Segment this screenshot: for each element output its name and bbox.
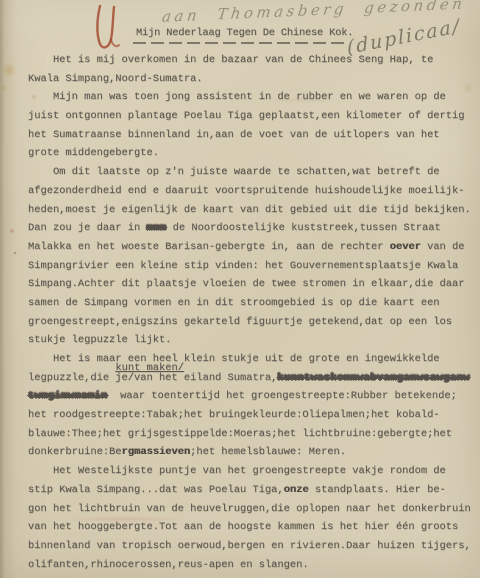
- struck-out-text: twmgimwmamin: [28, 390, 108, 402]
- typed-text-segment: het Sumatraanse binnenland in,aan de voe…: [28, 129, 440, 141]
- typed-text-segment: Malakka en het woeste Barisan-gebergte i…: [28, 241, 390, 253]
- handwritten-duplicate-note: (duplicaa/: [346, 15, 462, 59]
- typed-text-segment: afgezonderdheid end e daaruit voortsprui…: [28, 185, 464, 197]
- typed-text-segment: ;het hemelsblauwe: Meren.: [190, 446, 346, 458]
- typed-text-segment: het roodgestreepte:Tabak;het bruingekleu…: [28, 409, 440, 421]
- typed-line: Simpangrivier een kleine stip vinden: he…: [28, 260, 472, 279]
- typed-text-segment: blauwe:Thee;het grijsgestippelde:Moeras;…: [28, 428, 452, 440]
- typed-line: heden,moest je eigenlijk de kaart van di…: [28, 204, 472, 223]
- typed-line: het Sumatraanse binnenland in,aan de voe…: [28, 129, 472, 148]
- typed-line: donkerbruine:Bergmassieven;het hemelsbla…: [28, 446, 472, 465]
- struck-out-text: mmm: [146, 222, 166, 234]
- overtyped-bold-text: oever: [390, 241, 421, 253]
- typed-line: grote middengebergte.: [28, 147, 472, 166]
- typed-line: Het is maar een heel klein stukje uit de…: [28, 353, 472, 372]
- typed-line: legpuzzle,die je/van het eiland Sumatra,…: [28, 372, 472, 391]
- interline-insertion: kunt maken/: [115, 362, 184, 374]
- typed-text-segment: grote middengebergte.: [28, 147, 159, 159]
- typed-text-segment: van de: [421, 241, 465, 253]
- typed-text-segment: stukje legpuzzle lijkt.: [28, 334, 171, 346]
- typed-line: Om dit laatste op z'n juiste waarde te s…: [28, 166, 472, 185]
- typed-text-segment: gon het lichtbruin van de heuvelruggen,d…: [28, 503, 471, 515]
- typed-line: het roodgestreepte:Tabak;het bruingekleu…: [28, 409, 472, 428]
- typed-text-segment: binnenland van tropisch oerwoud,bergen e…: [28, 540, 471, 552]
- typed-line: gon het lichtbruin van de heuvelruggen,d…: [28, 503, 472, 522]
- typed-text-segment: heden,moest je eigenlijk de kaart van di…: [28, 204, 471, 216]
- typed-line: van het hooggebergte.Tot aan de hoogste …: [28, 521, 472, 540]
- typed-text-segment: stip Kwala Simpang...dat was Poelau Tiga…: [28, 484, 284, 496]
- overtyped-bold-text: rgmassieven: [122, 446, 191, 458]
- typed-text-segment: Het Westelijkste puntje van het groenges…: [28, 465, 446, 477]
- typed-line: olifanten,rhinocerossen,reus-apen en sla…: [28, 559, 472, 578]
- typed-text-segment: waar toentertijd het groengestreepte:Rub…: [108, 390, 457, 402]
- typed-line: twmgimwmamin waar toentertijd het groeng…: [28, 390, 472, 409]
- title-underline: [133, 42, 349, 44]
- typed-text-segment: de Noordoostelijke kuststreek,tussen Str…: [166, 222, 440, 234]
- typed-line: Kwala Simpang,Noord-Sumatra.: [28, 73, 472, 92]
- typed-line: samen de Simpang vormen en in dit stroom…: [28, 297, 472, 316]
- typed-line: afgezonderdheid end e daaruit voortsprui…: [28, 185, 472, 204]
- typed-text-segment: olifanten,rhinocerossen,reus-apen en sla…: [28, 559, 309, 571]
- typed-line: stukje legpuzzle lijkt.: [28, 334, 472, 353]
- typed-line: blauwe:Thee;het grijsgestippelde:Moeras;…: [28, 428, 472, 447]
- typed-text-segment: juist ontgonnen plantage Poelau Tiga gep…: [28, 110, 464, 122]
- typed-text-segment: Mijn man was toen jong assistent in de r…: [28, 91, 446, 103]
- typed-text-segment: Om dit laatste op z'n juiste waarde te s…: [28, 166, 440, 178]
- page-title: Mijn Nederlaag Tegen De Chinese Kok.: [136, 27, 353, 39]
- typed-line: stip Kwala Simpang...dat was Poelau Tiga…: [28, 484, 472, 503]
- typed-text-segment: Dan zou je daar in: [28, 222, 146, 234]
- typed-line: Simpang.Achter dit plaatsje vloeien de t…: [28, 278, 472, 297]
- overtyped-bold-text: onze: [284, 484, 309, 496]
- typed-text-segment: Kwala Simpang,Noord-Sumatra.: [28, 73, 203, 85]
- red-pencil-mark: [92, 2, 124, 54]
- struck-out-text: kunntwaskommwabvamgamwsawganw: [277, 372, 469, 384]
- typed-text: Het is mij overkomen in de bazaar van de…: [28, 54, 472, 577]
- typed-line: groengestreept,enigszins gekarteld figuu…: [28, 316, 472, 335]
- typed-line: binnenland van tropisch oerwoud,bergen e…: [28, 540, 472, 559]
- typed-text-segment: donkerbruine:Be: [28, 446, 122, 458]
- typed-text-segment: Simpangrivier een kleine stip vinden: he…: [28, 260, 458, 272]
- typed-line: Dan zou je daar in mmm de Noordoostelijk…: [28, 222, 472, 241]
- typed-text-segment: standplaats. Hier be-: [309, 484, 446, 496]
- typed-line: Het is mij overkomen in de bazaar van de…: [28, 54, 472, 73]
- typed-text-segment: samen de Simpang vormen en in dit stroom…: [28, 297, 440, 309]
- typed-text-segment: Het is mij overkomen in de bazaar van de…: [28, 54, 433, 66]
- typed-text-segment: Het is maar een heel klein stukje uit de…: [28, 353, 440, 365]
- manuscript-page: aan Thomasberg gezonden (duplicaa/ Mijn …: [0, 0, 480, 578]
- typed-text-segment: Simpang.Achter dit plaatsje vloeien de t…: [28, 278, 464, 290]
- typed-line: Het Westelijkste puntje van het groenges…: [28, 465, 472, 484]
- typed-text-segment: groengestreept,enigszins gekarteld figuu…: [28, 316, 452, 328]
- typed-line: Mijn man was toen jong assistent in de r…: [28, 91, 472, 110]
- typed-line: juist ontgonnen plantage Poelau Tiga gep…: [28, 110, 472, 129]
- typed-text-segment: van het hooggebergte.Tot aan de hoogste …: [28, 521, 458, 533]
- typed-line: Malakka en het woeste Barisan-gebergte i…: [28, 241, 472, 260]
